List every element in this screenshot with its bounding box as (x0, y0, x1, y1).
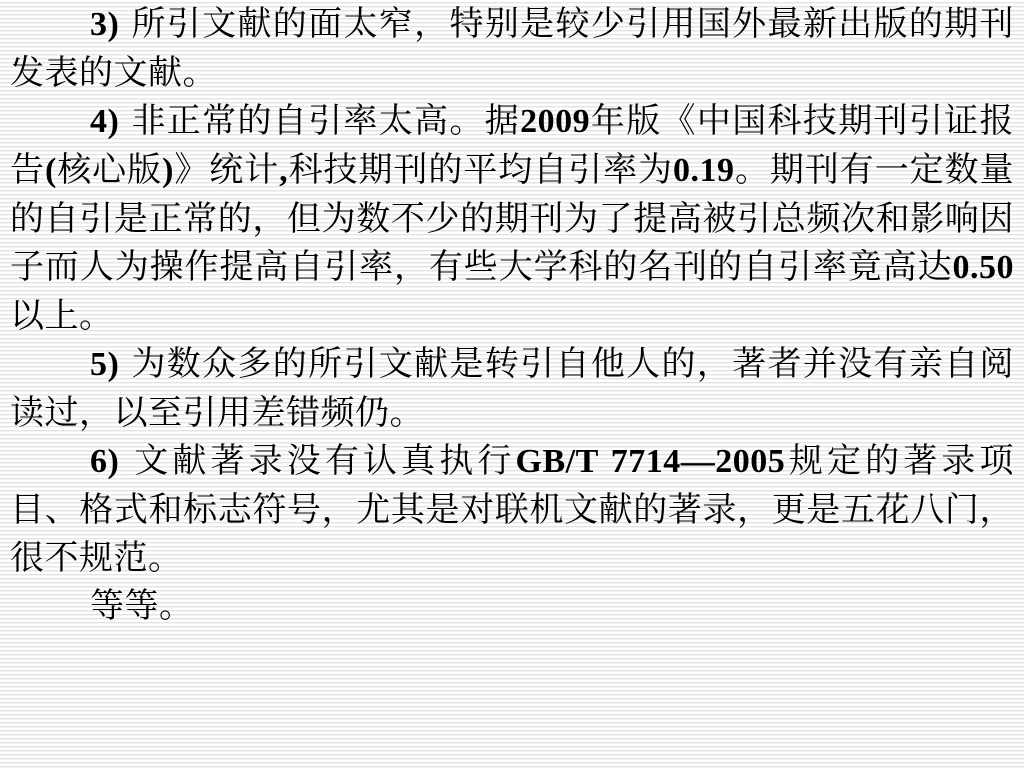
comma: , (279, 152, 288, 189)
paragraph-text: 核心版 (57, 150, 162, 190)
item-number: 4) (90, 103, 119, 140)
item-number: 5) (90, 346, 119, 383)
year-value: 2009 (520, 103, 590, 140)
slide-content: 3) 所引文献的面太窄，特别是较少引用国外最新出版的期刊发表的文献。 4) 非正… (10, 0, 1014, 630)
paragraph-text: 科技期刊的平均自引率为 (288, 150, 673, 190)
paragraph-etc: 等等。 (10, 582, 1014, 630)
high-rate-value: 0.50 (953, 249, 1015, 286)
paren-open: ( (45, 152, 57, 189)
paragraph-3-narrow-citations: 3) 所引文献的面太窄，特别是较少引用国外最新出版的期刊发表的文献。 (10, 0, 1014, 97)
paragraph-text: 等等。 (90, 586, 194, 626)
item-number: 6) (90, 443, 119, 480)
item-number: 3) (90, 6, 119, 43)
paragraph-text: 为数众多的所引文献是转引自他人的，著者并没有亲自阅读过，以至引用差错频仍。 (10, 344, 1014, 433)
paren-close: ) (162, 152, 174, 189)
paragraph-text: 文献著录没有认真执行 (119, 441, 515, 481)
standard-code: GB/T 7714—2005 (516, 443, 786, 480)
paragraph-text: 》统计 (174, 150, 279, 190)
paragraph-text: 所引文献的面太窄，特别是较少引用国外最新出版的期刊发表的文献。 (10, 4, 1014, 93)
paragraph-4-self-citation: 4) 非正常的自引率太高。据2009年版《中国科技期刊引证报告(核心版)》统计,… (10, 97, 1014, 340)
paragraph-text: 以上。 (10, 296, 114, 336)
paragraph-5-secondhand-citations: 5) 为数众多的所引文献是转引自他人的，著者并没有亲自阅读过，以至引用差错频仍。 (10, 340, 1014, 437)
paragraph-6-format-standard: 6) 文献著录没有认真执行GB/T 7714—2005规定的著录项目、格式和标志… (10, 437, 1014, 582)
paragraph-text: 非正常的自引率太高。据 (119, 101, 520, 141)
average-rate-value: 0.19 (673, 152, 735, 189)
